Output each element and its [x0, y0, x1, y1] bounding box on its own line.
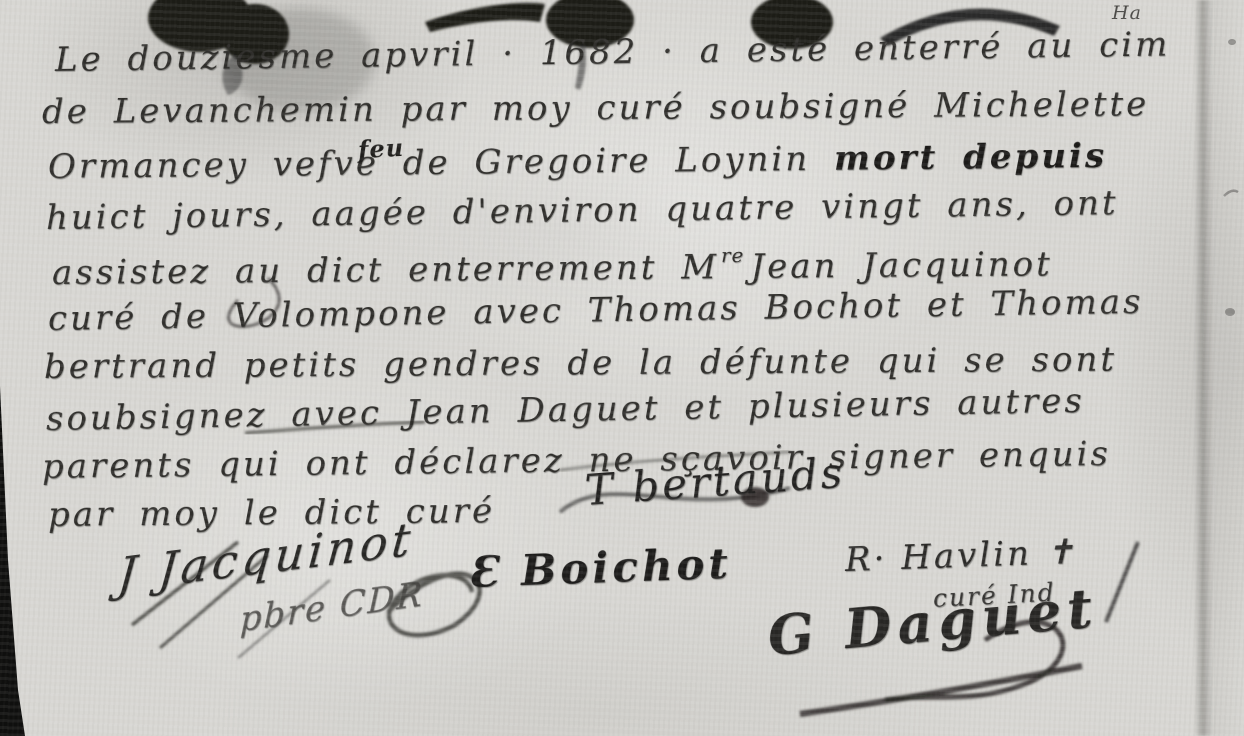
record-line-9: parents qui ont déclarez ne sçavoir sign… — [42, 434, 1111, 487]
adjacent-page-strip — [1214, 0, 1244, 736]
interlinear-insertion: feu — [357, 133, 405, 164]
record-line-1: Le douziesme apvril · 1682 · a esté ente… — [55, 24, 1171, 80]
page-edge-shadow — [1194, 0, 1214, 736]
record-line-3-text: Ormancey vefve de Gregoire Loynin — [48, 139, 811, 187]
record-line-3: Ormancey vefve de Gregoire Loynin mort d… — [48, 136, 1107, 187]
register-page-scan: Ha Le douziesme apvril · 1682 · a esté e… — [0, 0, 1244, 736]
signature-havlin: R· Havlin ✝ — [844, 532, 1078, 580]
flourish-havlin — [1106, 542, 1138, 622]
corner-note: Ha — [1112, 2, 1142, 24]
record-line-5-text2: Jean Jacquinot — [750, 244, 1053, 287]
record-line-7: bertrand petits gendres de la défunte qu… — [44, 340, 1117, 387]
record-line-4: huict jours, aagée d'environ quatre ving… — [46, 183, 1119, 238]
signature-boichot: Ɛ Boichot — [467, 539, 732, 597]
corner-wedge — [0, 386, 25, 736]
record-line-3-overwritten: mort depuis — [834, 136, 1107, 179]
record-line-2: de Levanchemin par moy curé soubsigné Mi… — [42, 84, 1150, 132]
superscript-abbreviation: re — [721, 243, 745, 267]
record-line-5-text: assistez au dict enterrement M — [52, 247, 719, 293]
record-line-8: soubsignez avec Jean Daguet et plusieurs… — [46, 381, 1086, 439]
signature-daguet: G Daguet — [765, 575, 1100, 668]
